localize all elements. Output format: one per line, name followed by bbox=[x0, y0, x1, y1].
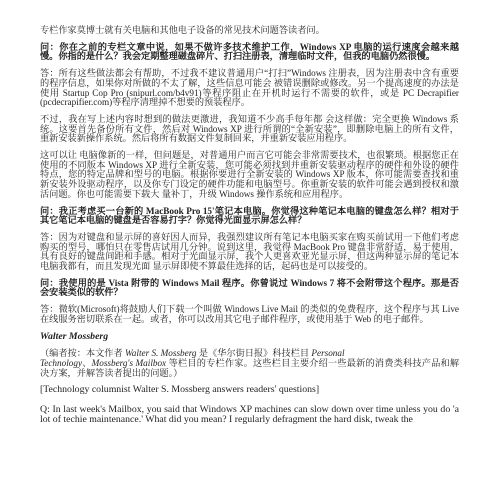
question-1: 问：你在之前的专栏文章中说，如果不做许多技术维护工作，Windows XP 电脑… bbox=[40, 43, 459, 62]
editor-note: （编者按：本文作者 Walter S. Mossberg 是《华尔街日报》科技栏… bbox=[40, 349, 459, 378]
intro-paragraph: 专栏作家莫博士就有关电脑和其他电子设备的常见技术问题答读者问。 bbox=[40, 26, 459, 36]
author-byline: Walter Mossberg bbox=[40, 332, 459, 342]
editor-note-author-name: Walter S. Mossberg bbox=[125, 348, 197, 358]
question-3: 问：我使用的是 Vista 附带的 Windows Mail 程序。你曾说过 W… bbox=[40, 279, 459, 298]
english-byline: [Technology columnist Walter S. Mossberg… bbox=[40, 385, 459, 395]
editor-note-separator: 、 bbox=[82, 358, 92, 368]
editor-note-open: （编者按：本文作者 bbox=[40, 348, 125, 358]
answer-1-paragraph-1: 答：所有这些做法都会有帮助，不过我不建议普通用户“打扫”Windows 注册表，… bbox=[40, 69, 459, 108]
answer-1-paragraph-3: 这可以让 电脑像新的一样，但问题是，对普通用户而言它可能会非常需要技术，也很繁琐… bbox=[40, 151, 459, 200]
editor-note-mid: 是《华尔街日报》科技栏目 bbox=[197, 348, 312, 358]
answer-3: 答：微软(Microsoft)将鼓励人们下载一个叫做 Windows Live … bbox=[40, 305, 459, 324]
answer-1-paragraph-2: 不过，我在写上述内容时想到的做法更激进，我知道不少高手每年都 会这样做：完全更换… bbox=[40, 115, 459, 144]
english-question: Q: In last week's Mailbox, you said that… bbox=[40, 405, 459, 426]
article-body: 专栏作家莫博士就有关电脑和其他电子设备的常见技术问题答读者问。 问：你在之前的专… bbox=[40, 26, 459, 426]
editor-note-column-2: Mossberg's Mailbox bbox=[92, 358, 167, 368]
question-2: 问：我正考虑买一台新的 MacBook Pro 15'笔记本电脑。你觉得这种笔记… bbox=[40, 207, 459, 226]
document-page: 专栏作家莫博士就有关电脑和其他电子设备的常见技术问题答读者问。 问：你在之前的专… bbox=[0, 0, 495, 495]
answer-2: 答：因为对键盘和显示屏的喜好因人而异，我强烈建议所有笔记本电脑买家在购买前试用一… bbox=[40, 233, 459, 272]
